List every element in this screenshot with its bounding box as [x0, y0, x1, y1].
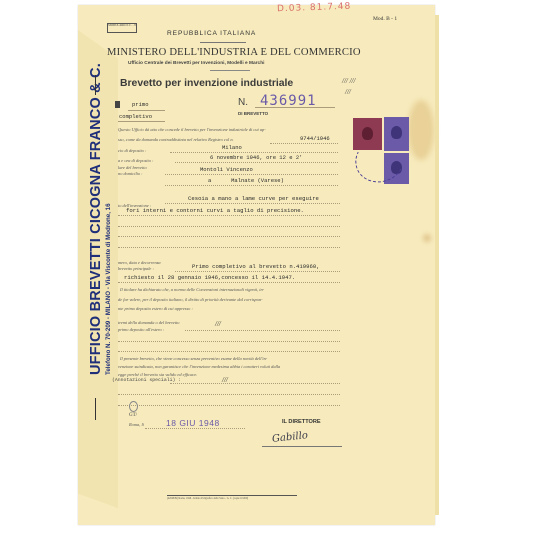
- document-title: Brevetto per invenzione industriale: [120, 78, 293, 89]
- underline: [118, 394, 340, 395]
- foreign-label: tremi della domanda o del brevetto: [118, 320, 180, 325]
- republic-heading: REPUBBLICA ITALIANA: [167, 30, 256, 37]
- underline: [118, 282, 340, 283]
- divider: [210, 70, 250, 71]
- foreign-value: ///: [215, 320, 221, 328]
- embossed-seal-icon: [129, 401, 138, 412]
- number-caption: DI BREVETTO: [238, 111, 268, 116]
- field-label-holder: lare del brevetto: [118, 165, 147, 170]
- principal-label: mero, data e decorrenza: [118, 260, 161, 265]
- underline: [165, 174, 338, 175]
- underline: [170, 383, 340, 384]
- field-value-deposit-date: 6 novembre 1946, ore 12 e 2': [210, 154, 302, 161]
- priority-text: nte primo deposito estero di cui appress…: [118, 306, 193, 311]
- underline: [255, 107, 335, 108]
- underline: [118, 215, 340, 216]
- underline: [118, 405, 340, 406]
- underline: [118, 341, 340, 342]
- agent-stamp: UFFICIO BREVETTI CICOGNA FRANCO & C. Tel…: [88, 63, 112, 375]
- paper-stain: [408, 100, 434, 160]
- field-value-deposit-office: Milano: [222, 144, 242, 151]
- signature-line: [262, 446, 342, 447]
- underline: [128, 110, 165, 111]
- notice-text: Il presente brevetto, che viene concesso…: [120, 356, 267, 361]
- underline: [118, 236, 340, 237]
- underline: [118, 226, 340, 227]
- notice-text: venzione suindicata, non garantisce che …: [118, 364, 280, 369]
- field-label-deposit-office: cio di deposito :: [118, 148, 146, 153]
- paper-stain: [424, 235, 430, 241]
- title-marks: /// ///: [342, 77, 355, 85]
- notice-text: egge perchè il brevetto sia valido ed ef…: [118, 372, 197, 377]
- underline: [165, 203, 340, 204]
- field-label-deposit-date: a e ora di deposito :: [118, 158, 154, 163]
- printed-block-mark: [115, 101, 120, 108]
- agent-address: Telefono N. 70-209 - MILANO - Via Viscon…: [105, 63, 112, 375]
- priority-text: Il titolare ha dichiarato che, a norma d…: [120, 287, 264, 292]
- pen-mark: [95, 398, 96, 420]
- underline: [175, 162, 338, 163]
- issue-date-stamp: 18 GIU 1948: [166, 418, 220, 428]
- printer-line: (4204839) Roma, 1946 - Istituto Poligraf…: [167, 497, 248, 500]
- modulario-box: MODULARIO I.C. - 8: [107, 23, 137, 33]
- underline: [118, 351, 340, 352]
- principal-label: brevetto principale :: [118, 266, 154, 271]
- intro-text: Questo Ufficio dà atto che concede il br…: [118, 127, 266, 132]
- underline: [270, 143, 338, 144]
- director-label: IL DIRETTORE: [282, 419, 321, 425]
- place-label: Roma, lì: [129, 422, 144, 427]
- printer-rule: [167, 495, 297, 496]
- agent-name: UFFICIO BREVETTI CICOGNA FRANCO & C.: [88, 63, 104, 375]
- initials: GT/: [129, 413, 137, 418]
- intro-text: sso, come da domanda contraddistinta nel…: [118, 137, 234, 142]
- title-marks: ///: [345, 88, 351, 96]
- registry-number: 9744/1946: [300, 135, 330, 142]
- principal-patent-line1: Primo completivo al brevetto n.419960,: [192, 263, 320, 270]
- foreign-label: primo deposito all'estero :: [118, 327, 164, 332]
- invention-title-line1: Cesoia a mano a lame curve per eseguire: [188, 195, 319, 202]
- underline: [118, 247, 340, 248]
- type-primo: primo: [132, 101, 149, 108]
- type-completivo: completivo: [119, 113, 152, 120]
- underline: [118, 121, 165, 122]
- underline: [170, 152, 338, 153]
- field-value-holder: Montoli Vincenzo: [200, 166, 253, 173]
- priority-text: de far valere, per il deposito italiano,…: [118, 297, 263, 302]
- ministry-heading: MINISTERO DELL'INDUSTRIA E DEL COMMERCIO: [107, 47, 361, 58]
- underline: [165, 185, 338, 186]
- underline: [175, 271, 340, 272]
- model-code: Mod. B - 1: [373, 16, 397, 22]
- underline: [185, 330, 340, 331]
- underline: [145, 428, 245, 429]
- divider: [200, 42, 246, 43]
- office-subheading: Ufficio Centrale dei Brevetti per Invenz…: [128, 61, 264, 66]
- pen-mark: [95, 75, 96, 95]
- principal-patent-line2: richiesto il 28 gennaio 1946,concesso il…: [124, 274, 295, 281]
- invention-title-line2: fori interni e contorni curvi a taglio d…: [126, 207, 304, 214]
- number-prefix: N.: [238, 97, 248, 108]
- field-value-domicile: a Malnate (Varese): [208, 177, 284, 184]
- field-label-domicile: no domicilio :: [118, 171, 143, 176]
